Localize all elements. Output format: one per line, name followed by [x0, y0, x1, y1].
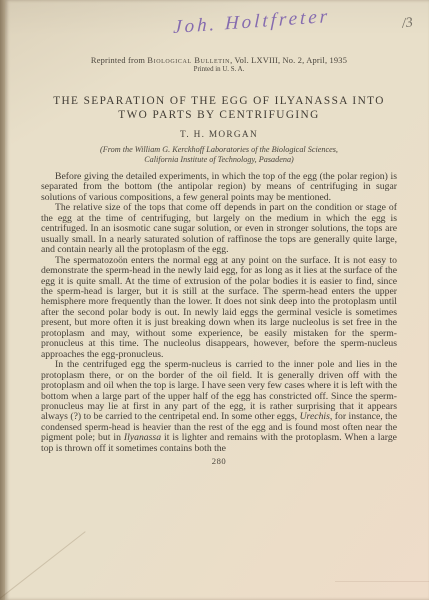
affiliation-line1: (From the William G. Kerckhoff Laborator…	[41, 145, 397, 155]
species-name: Urechis	[300, 411, 330, 422]
paragraph-text: The spermatozoön enters the normal egg a…	[41, 255, 397, 360]
article-title-line1: THE SEPARATION OF THE EGG OF ILYANASSA I…	[41, 94, 397, 108]
paragraph-text: Before giving the detailed experiments, …	[41, 171, 397, 203]
journal-name: Biological Bulletin	[147, 56, 230, 65]
paragraph: In the centrifuged egg the sperm-nucleus…	[41, 360, 397, 454]
reprint-suffix: , Vol. LXVIII, No. 2, April, 1935	[230, 56, 347, 65]
paper-edge-line	[335, 581, 429, 582]
page-column: Reprinted from Biological Bulletin, Vol.…	[41, 56, 397, 466]
handwritten-corner-note: /3	[401, 15, 414, 32]
paragraph-text: The relative size of the tops that come …	[41, 202, 397, 255]
species-name: Ilyanassa	[124, 432, 161, 443]
paragraph: The relative size of the tops that come …	[41, 203, 397, 255]
paragraph: Before giving the detailed experiments, …	[41, 172, 397, 203]
paragraph: The spermatozoön enters the normal egg a…	[41, 256, 397, 361]
author-name: T. H. MORGAN	[41, 130, 397, 140]
article-title: THE SEPARATION OF THE EGG OF ILYANASSA I…	[41, 94, 397, 122]
affiliation-line2: California Institute of Technology, Pasa…	[41, 155, 397, 165]
handwritten-signature: Joh. Holtfreter	[173, 3, 373, 39]
affiliation: (From the William G. Kerckhoff Laborator…	[41, 145, 397, 165]
printed-in-line: Printed in U. S. A.	[41, 66, 397, 73]
body-text: Before giving the detailed experiments, …	[41, 172, 397, 454]
article-title-line2: TWO PARTS BY CENTRIFUGING	[41, 108, 397, 122]
page-number: 280	[41, 456, 397, 466]
reprint-line: Reprinted from Biological Bulletin, Vol.…	[41, 56, 397, 65]
paper-fold	[0, 531, 86, 600]
reprint-prefix: Reprinted from	[91, 56, 148, 65]
paper-sheet: Joh. Holtfreter /3 Reprinted from Biolog…	[5, 0, 429, 600]
